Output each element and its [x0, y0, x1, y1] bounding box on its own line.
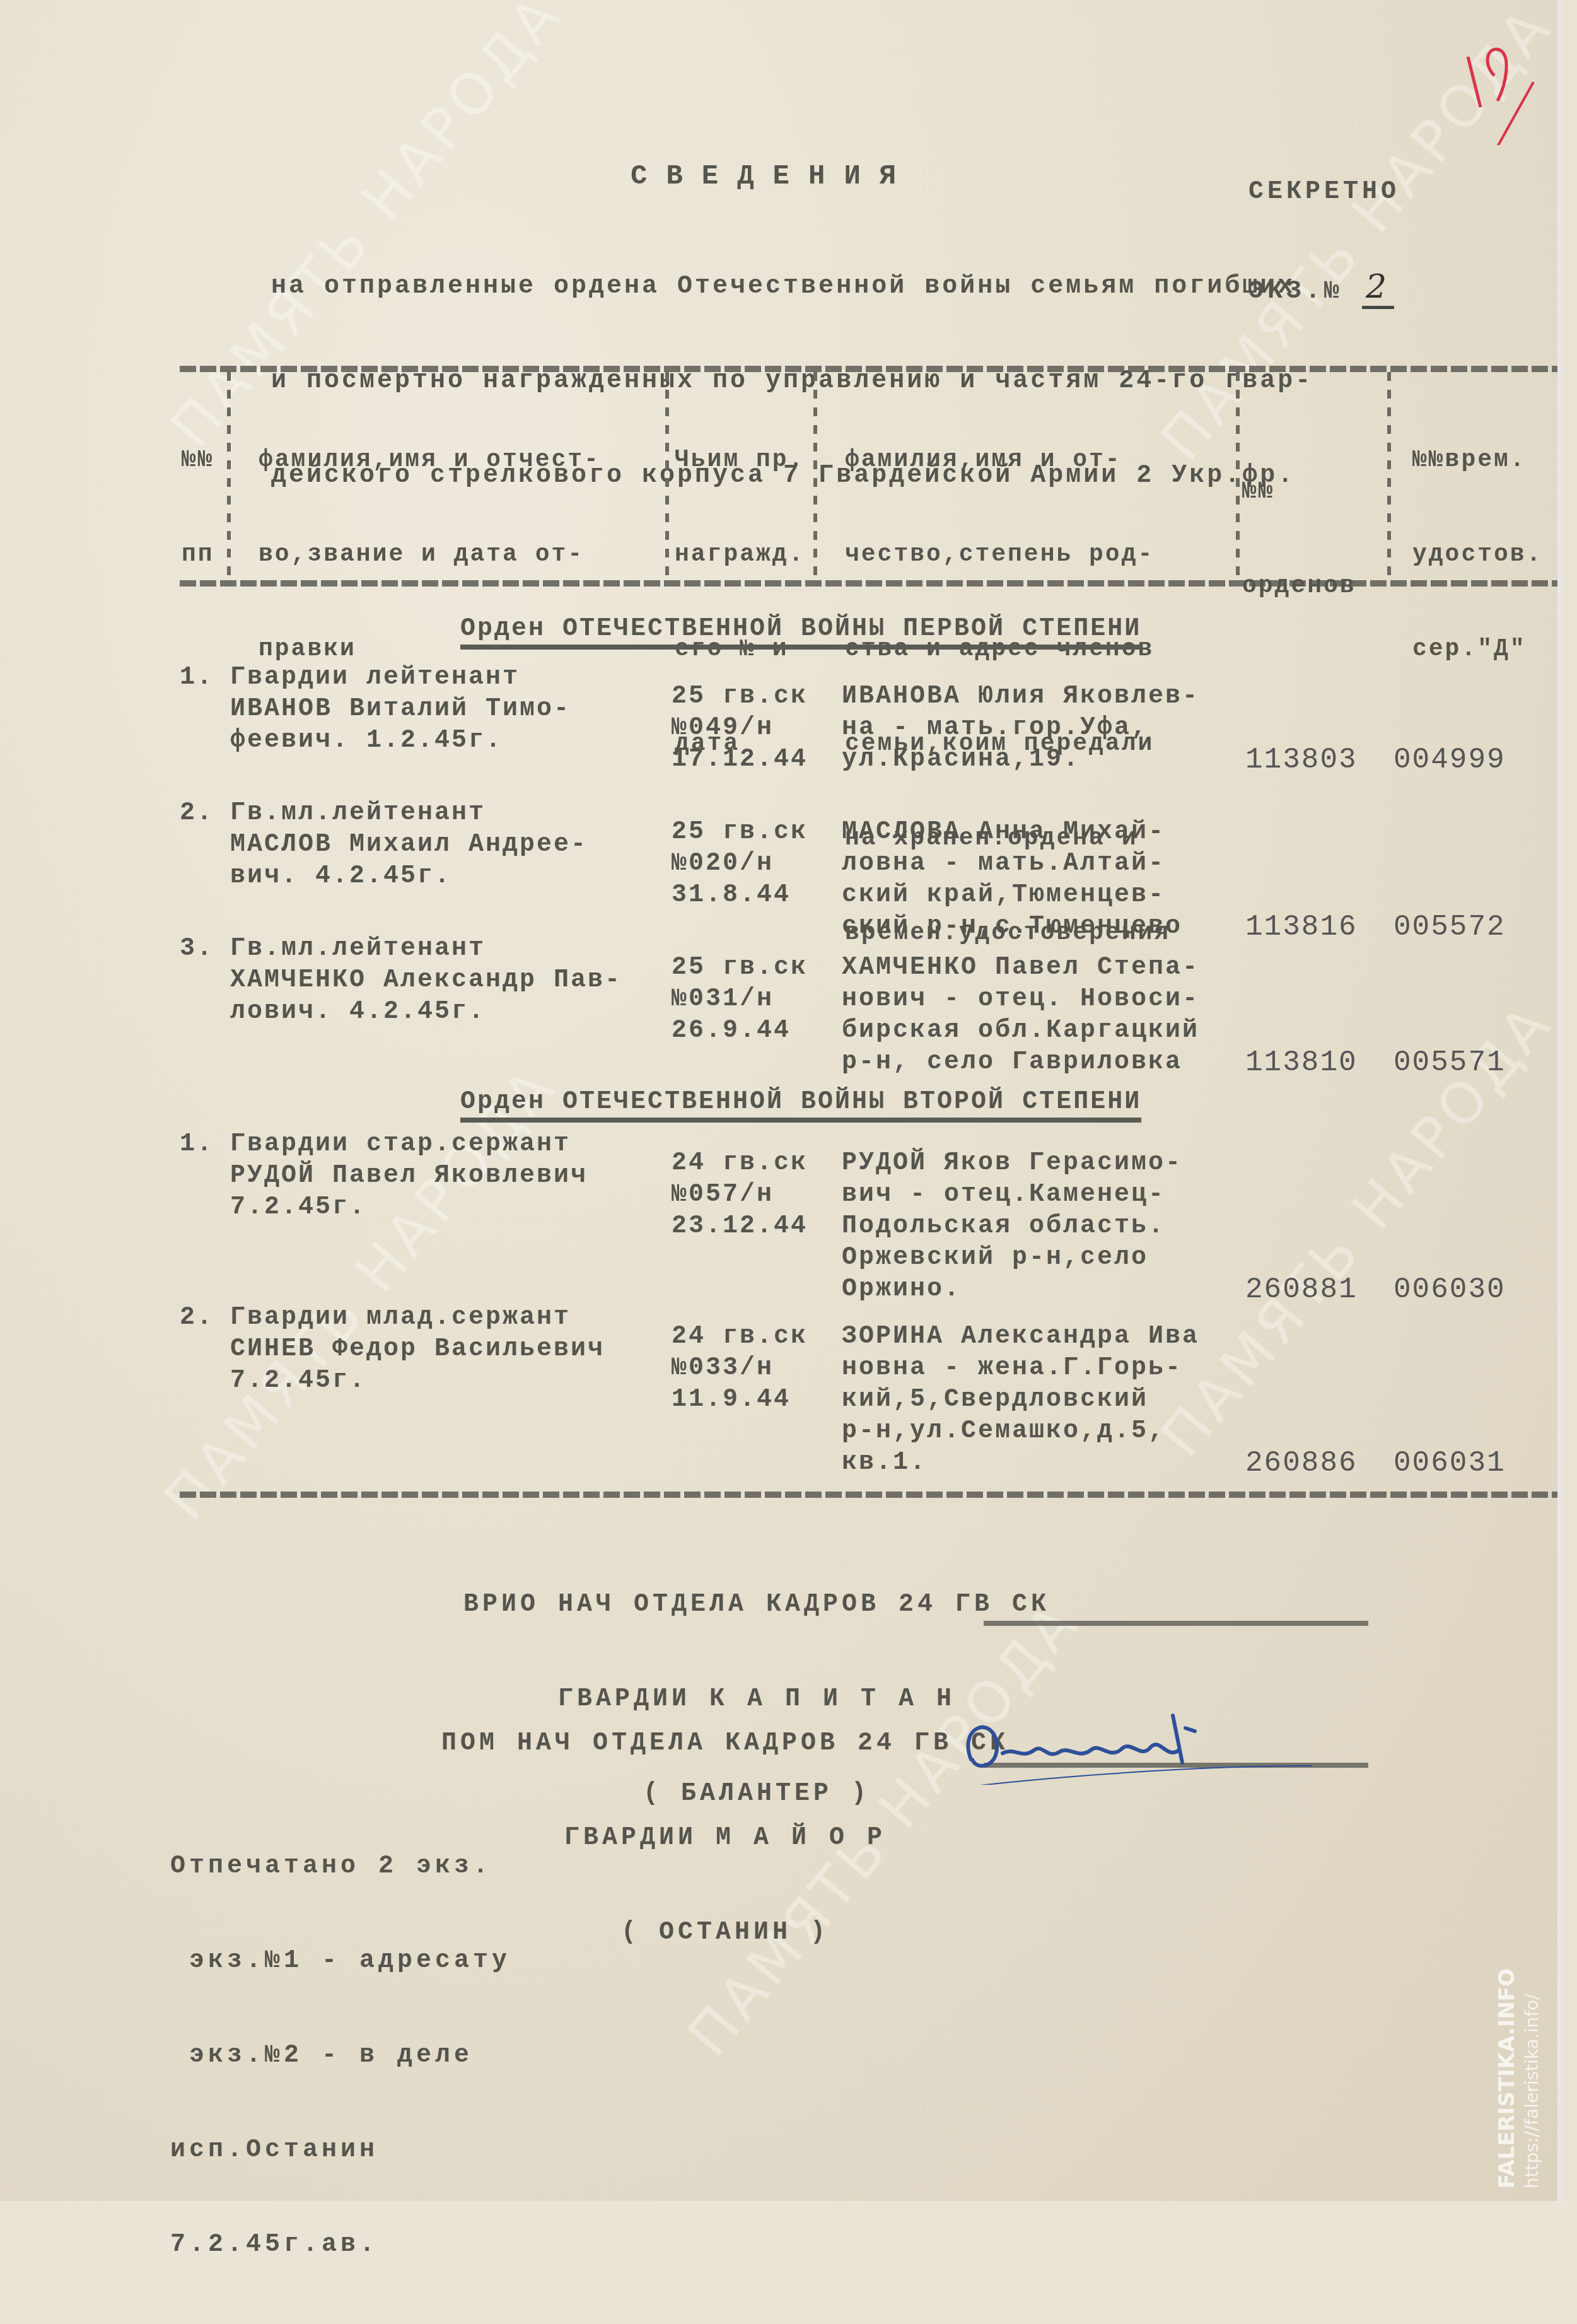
order-number: 113803 — [1245, 744, 1358, 776]
certificate-number: 006031 — [1394, 1447, 1506, 1479]
order-reference-line: 26.9.44 — [672, 1015, 808, 1047]
header-line: №№ — [1242, 476, 1356, 508]
header-line: удостов. — [1412, 539, 1542, 571]
recipient-line: ский р-н,с.Тюменцево — [842, 911, 1182, 943]
row-index: 3. — [180, 933, 214, 965]
recipient-line: Оржино. — [842, 1274, 1182, 1305]
awardee-line: лович. 4.2.45г. — [230, 996, 622, 1028]
awardee-line: Гвардии лейтенант — [230, 662, 571, 694]
order-reference-line: 31.8.44 — [672, 880, 808, 911]
order-number: 260881 — [1245, 1274, 1358, 1305]
header-line: пп — [182, 539, 247, 571]
order-reference-line: 24 гв.ск — [672, 1321, 808, 1353]
header-cert-no: №№врем. удостов. сер."Д" — [1412, 382, 1542, 728]
print-note-line: исп.Останин — [170, 2135, 511, 2166]
recipient-line: нович - отец. Новоси- — [842, 984, 1199, 1015]
watermark: ПАМЯТЬ НАРОДА — [153, 1054, 568, 1532]
header-line: №№врем. — [1412, 445, 1542, 476]
order-reference-line: 11.9.44 — [672, 1384, 808, 1416]
recipient: РУДОЙ Яков Герасимо-вич - отец.Каменец-П… — [842, 1148, 1182, 1305]
recipient-line: МАСЛОВА Анна Михай- — [842, 817, 1182, 848]
header-order-no: №№ орденов — [1242, 413, 1356, 665]
print-note: Отпечатано 2 экз. экз.№1 - адресату экз.… — [170, 1788, 511, 2207]
order-reference-line: 24 гв.ск — [672, 1148, 808, 1179]
order-reference-line: 17.12.44 — [672, 744, 808, 776]
header-line: Чьим пр. — [675, 445, 805, 476]
recipient-line: Оржевский р-н,село — [842, 1242, 1182, 1274]
awardee-line: Гв.мл.лейтенант — [230, 798, 588, 829]
header-line: чество,степень род- — [845, 539, 1170, 571]
order-reference-line: 23.12.44 — [672, 1211, 808, 1242]
print-note-line: экз.№2 - в деле — [170, 2040, 511, 2072]
order-reference-line: №020/н — [672, 848, 808, 880]
order-reference-line: №033/н — [672, 1353, 808, 1384]
recipient-line: на - мать.гор.Уфа, — [842, 713, 1199, 744]
source-name: FALERISTIKA.INFO — [1494, 1968, 1520, 2188]
print-note-line: экз.№1 - адресату — [170, 1946, 511, 1977]
column-divider — [1236, 372, 1240, 580]
certificate-number: 006030 — [1394, 1274, 1506, 1305]
awardee: Гв.мл.лейтенантМАСЛОВ Михаил Андрее-вич.… — [230, 798, 588, 892]
table-top-rule — [180, 366, 1557, 372]
awardee-line: Гв.мл.лейтенант — [230, 933, 622, 965]
header-line: орденов — [1242, 571, 1356, 602]
awardee-line: вич. 4.2.45г. — [230, 861, 588, 892]
archive-page-mark — [1463, 38, 1539, 145]
recipient-line: ХАМЧЕНКО Павел Степа- — [842, 952, 1199, 984]
row-index: 2. — [180, 1302, 214, 1334]
awardee-line: ХАМЧЕНКО Александр Пав- — [230, 965, 622, 996]
awardee-line: РУДОЙ Павел Яковлевич — [230, 1160, 588, 1192]
order-reference: 25 гв.ск№031/н26.9.44 — [672, 952, 808, 1047]
awardee-line: СИНЕВ Федор Васильевич — [230, 1334, 605, 1365]
order-number: 113810 — [1245, 1047, 1358, 1078]
order-number: 260886 — [1245, 1447, 1358, 1479]
recipient-line: Подольская область. — [842, 1211, 1182, 1242]
certificate-number: 005572 — [1394, 911, 1506, 943]
order-reference-line: №057/н — [672, 1179, 808, 1211]
recipient-line: кв.1. — [842, 1447, 1199, 1479]
recipient-line: кий,5,Свердловский — [842, 1384, 1199, 1416]
column-divider — [813, 372, 817, 580]
handwritten-signature — [933, 1703, 1312, 1785]
column-divider — [1387, 372, 1391, 580]
recipient-line: ский край,Тюменцев- — [842, 880, 1182, 911]
order-reference-line: 25 гв.ск — [672, 952, 808, 984]
header-line: награжд. — [675, 539, 805, 571]
recipient-line: ЗОРИНА Александра Ива — [842, 1321, 1199, 1353]
copy-number: 2 — [1362, 268, 1394, 309]
awardee-line: 7.2.45г. — [230, 1365, 605, 1397]
source-watermark: FALERISTIKA.INFO https://faleristika.inf… — [1494, 1968, 1545, 2188]
recipient-line: р-н, село Гавриловка — [842, 1047, 1199, 1078]
order-reference: 24 гв.ск№057/н23.12.44 — [672, 1148, 808, 1242]
recipient-line: новна - жена.Г.Горь- — [842, 1353, 1199, 1384]
order-reference-line: №031/н — [672, 984, 808, 1015]
row-index: 1. — [180, 1129, 214, 1160]
recipient-line: р-н,ул.Семашко,д.5, — [842, 1416, 1199, 1447]
subtitle-line: на отправленные ордена Отечественной вой… — [271, 271, 1313, 303]
recipient-line: ловна - мать.Алтай- — [842, 848, 1182, 880]
awardee: Гвардии лейтенантИВАНОВ Виталий Тимо-фее… — [230, 662, 571, 757]
print-note-line: Отпечатано 2 экз. — [170, 1851, 511, 1883]
awardee-line: ИВАНОВ Виталий Тимо- — [230, 694, 571, 725]
awardee-line: феевич. 1.2.45г. — [230, 725, 571, 757]
signature-line — [984, 1621, 1368, 1626]
recipient-line: ИВАНОВА Юлия Яковлев- — [842, 681, 1199, 713]
order-reference-line: 25 гв.ск — [672, 817, 808, 848]
document-page: ПАМЯТЬ НАРОДА ПАМЯТЬ НАРОДА ПАМЯТЬ НАРОД… — [0, 0, 1561, 2201]
document-title: СВЕДЕНИЯ — [631, 161, 915, 192]
row-index: 1. — [180, 662, 214, 694]
header-line: сер."Д" — [1412, 634, 1542, 665]
table-bottom-rule — [180, 1492, 1557, 1498]
header-line: фамилия,имя и от- — [845, 445, 1170, 476]
order-number: 113816 — [1245, 911, 1358, 943]
recipient: ХАМЧЕНКО Павел Степа-нович - отец. Новос… — [842, 952, 1199, 1078]
classification-label: СЕКРЕТНО — [1248, 177, 1400, 208]
header-line: фамилия,имя и отчест- — [259, 445, 600, 476]
awardee: Гв.мл.лейтенантХАМЧЕНКО Александр Пав-ло… — [230, 933, 622, 1028]
section-title: Орден ОТЕЧЕСТВЕННОЙ ВОЙНЫ ПЕРВОЙ СТЕПЕНИ — [460, 615, 1141, 650]
recipient-line: ул.Красина,19. — [842, 744, 1199, 776]
recipient: ЗОРИНА Александра Ивановна - жена.Г.Горь… — [842, 1321, 1199, 1479]
recipient-line: РУДОЙ Яков Герасимо- — [842, 1148, 1182, 1179]
recipient: МАСЛОВА Анна Михай-ловна - мать.Алтай-ск… — [842, 817, 1182, 943]
awardee: Гвардии млад.сержантСИНЕВ Федор Васильев… — [230, 1302, 605, 1397]
source-url: https://faleristika.info/ — [1522, 1994, 1542, 2188]
order-reference: 25 гв.ск№049/н17.12.44 — [672, 681, 808, 776]
recipient: ИВАНОВА Юлия Яковлев-на - мать.гор.Уфа,у… — [842, 681, 1199, 776]
header-line: №№ — [182, 445, 247, 476]
recipient-line: бирская обл.Каргацкий — [842, 1015, 1199, 1047]
recipient-line: вич - отец.Каменец- — [842, 1179, 1182, 1211]
awardee-line: Гвардии стар.сержант — [230, 1129, 588, 1160]
order-reference: 25 гв.ск№020/н31.8.44 — [672, 817, 808, 911]
awardee: Гвардии стар.сержантРУДОЙ Павел Яковлеви… — [230, 1129, 588, 1223]
column-divider — [665, 372, 669, 580]
awardee-line: 7.2.45г. — [230, 1192, 588, 1223]
order-reference-line: 25 гв.ск — [672, 681, 808, 713]
awardee-line: Гвардии млад.сержант — [230, 1302, 605, 1334]
header-line: во,звание и дата от- — [259, 539, 600, 571]
awardee-line: МАСЛОВ Михаил Андрее- — [230, 829, 588, 861]
order-reference: 24 гв.ск№033/н11.9.44 — [672, 1321, 808, 1416]
order-reference-line: №049/н — [672, 713, 808, 744]
certificate-number: 005571 — [1394, 1047, 1506, 1078]
signer-position: ВРИО НАЧ ОТДЕЛА КАДРОВ 24 ГВ СК — [441, 1589, 1072, 1621]
certificate-number: 004999 — [1394, 744, 1506, 776]
header-index: №№ пп — [182, 382, 247, 634]
section-title: Орден ОТЕЧЕСТВЕННОЙ ВОЙНЫ ВТОРОЙ СТЕПЕНИ — [460, 1088, 1141, 1123]
row-index: 2. — [180, 798, 214, 829]
